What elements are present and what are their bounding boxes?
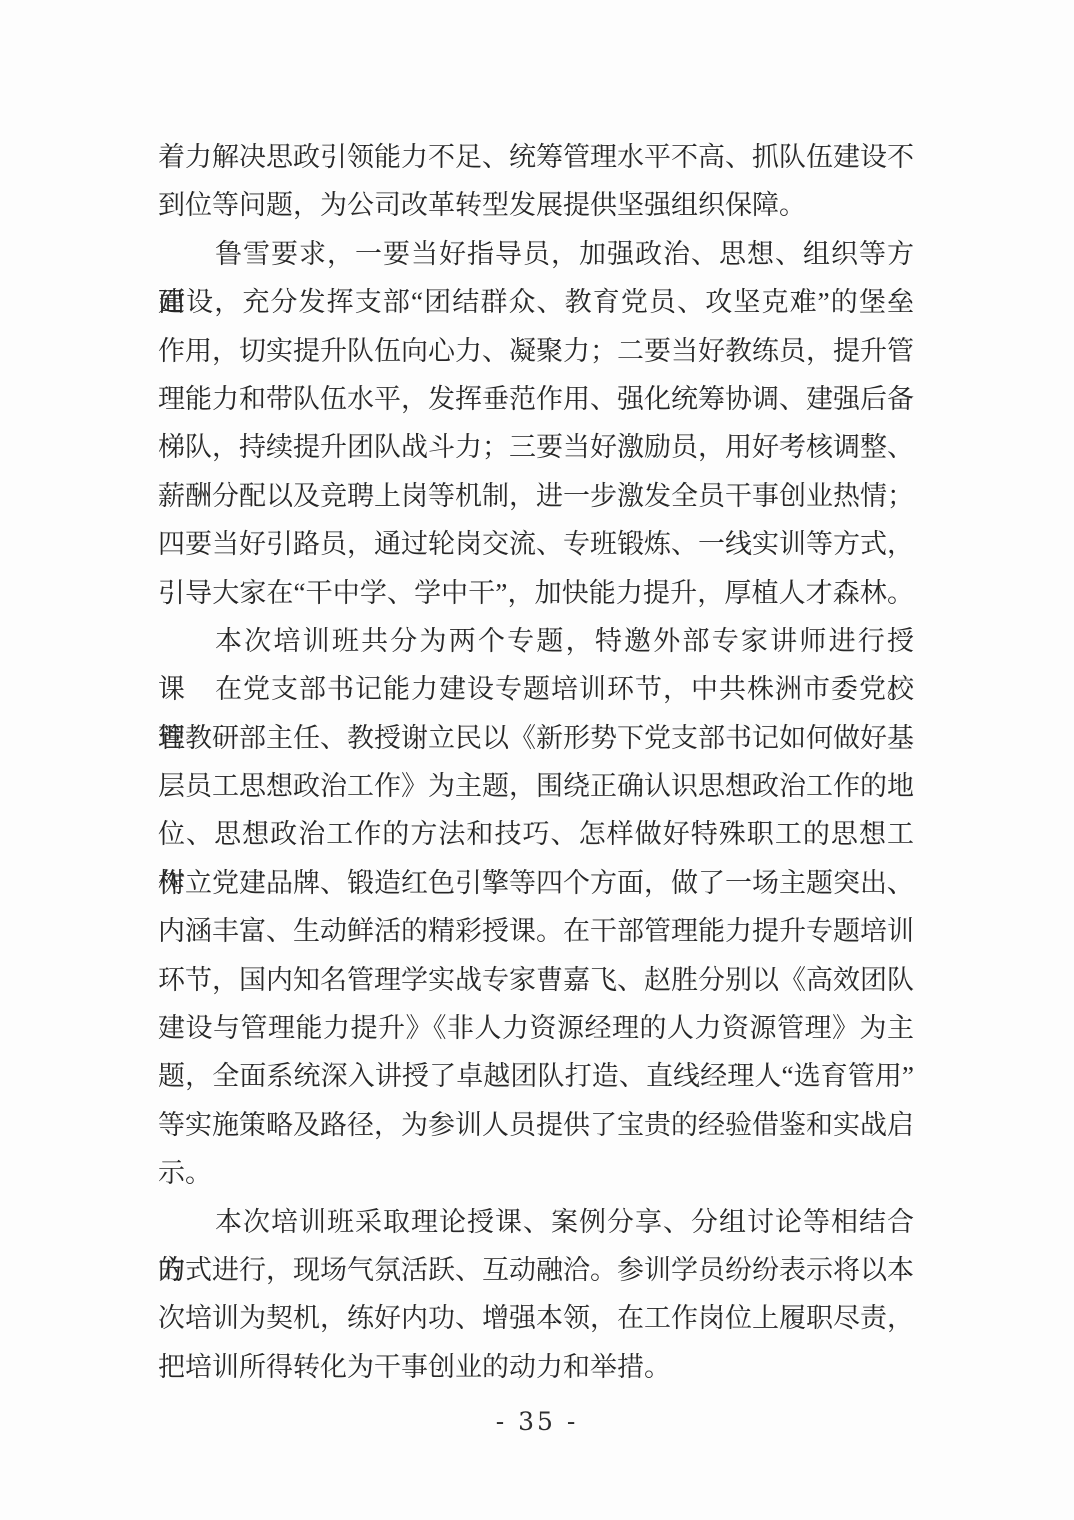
text-line: 四要当好引路员，通过轮岗交流、专班锻炼、一线实训等方式， (158, 520, 914, 568)
text-line: 梯队，持续提升团队战斗力；三要当好激励员，用好考核调整、 (158, 423, 914, 471)
document-page: 着力解决思政引领能力不足、统筹管理水平不高、抓队伍建设不到位等问题，为公司改革转… (0, 0, 1074, 1520)
text-line: 到位等问题，为公司改革转型发展提供坚强组织保障。 (158, 181, 914, 229)
page-number: - 35 - (0, 1402, 1074, 1442)
text-line: 本次培训班共分为两个专题，特邀外部专家讲师进行授课。 (158, 617, 914, 665)
text-line: 方式进行，现场气氛活跃、互动融洽。参训学员纷纷表示将以本 (158, 1246, 914, 1294)
text-line: 鲁雪要求，一要当好指导员，加强政治、思想、组织等方面 (158, 230, 914, 278)
text-line: 位、思想政治工作的方法和技巧、怎样做好特殊职工的思想工作、 (158, 810, 914, 858)
text-line: 理能力和带队伍水平，发挥垂范作用、强化统筹协调、建强后备 (158, 375, 914, 423)
text-line: 题，全面系统深入讲授了卓越团队打造、直线经理人“选育管用” (158, 1052, 914, 1100)
text-line: 次培训为契机，练好内功、增强本领，在工作岗位上履职尽责， (158, 1294, 914, 1342)
text-line: 着力解决思政引领能力不足、统筹管理水平不高、抓队伍建设不 (158, 133, 914, 181)
text-line: 引导大家在“干中学、学中干”，加快能力提升，厚植人才森林。 (158, 569, 914, 617)
text-line: 建设与管理能力提升》《非人力资源经理的人力资源管理》为主 (158, 1004, 914, 1052)
text-line: 建设，充分发挥支部“团结群众、教育党员、攻坚克难”的堡垒 (158, 278, 914, 326)
text-line: 把培训所得转化为干事创业的动力和举措。 (158, 1343, 914, 1391)
body-text: 着力解决思政引领能力不足、统筹管理水平不高、抓队伍建设不到位等问题，为公司改革转… (158, 133, 914, 1391)
text-line: 理教研部主任、教授谢立民以《新形势下党支部书记如何做好基 (158, 714, 914, 762)
text-line: 等实施策略及路径，为参训人员提供了宝贵的经验借鉴和实战启 (158, 1101, 914, 1149)
text-line: 树立党建品牌、锻造红色引擎等四个方面，做了一场主题突出、 (158, 859, 914, 907)
text-line: 示。 (158, 1149, 914, 1197)
text-line: 环节，国内知名管理学实战专家曹嘉飞、赵胜分别以《高效团队 (158, 956, 914, 1004)
text-line: 作用，切实提升队伍向心力、凝聚力；二要当好教练员，提升管 (158, 327, 914, 375)
text-line: 在党支部书记能力建设专题培训环节，中共株洲市委党校管 (158, 665, 914, 713)
text-line: 层员工思想政治工作》为主题，围绕正确认识思想政治工作的地 (158, 762, 914, 810)
text-line: 本次培训班采取理论授课、案例分享、分组讨论等相结合的 (158, 1198, 914, 1246)
text-line: 薪酬分配以及竞聘上岗等机制，进一步激发全员干事创业热情； (158, 472, 914, 520)
text-line: 内涵丰富、生动鲜活的精彩授课。在干部管理能力提升专题培训 (158, 907, 914, 955)
